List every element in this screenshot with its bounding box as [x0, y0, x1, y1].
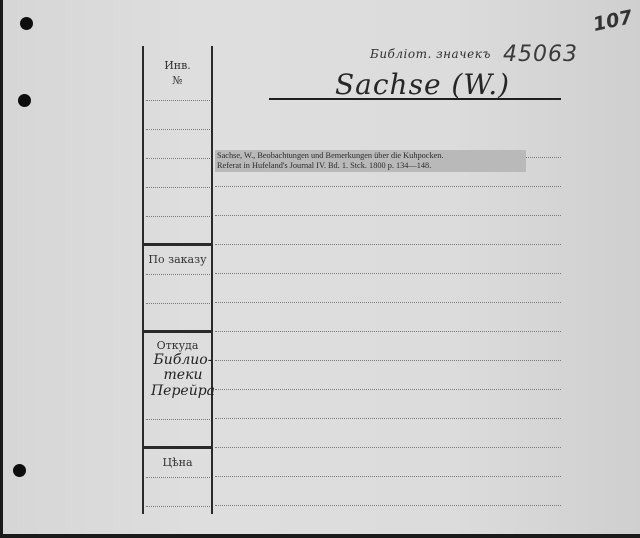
- author-underline: [269, 98, 561, 100]
- clipping-line-1: Sachse, W., Beobachtungen und Bemerkunge…: [217, 151, 524, 161]
- ruled-line: [215, 418, 561, 419]
- punch-hole: [20, 17, 33, 30]
- page-number: 107: [591, 6, 634, 36]
- ruled-line: [146, 129, 210, 130]
- ruled-line: [146, 419, 210, 420]
- ruled-line: [215, 389, 561, 390]
- ruled-line: [146, 216, 210, 217]
- punch-hole: [13, 464, 26, 477]
- ruled-line: [215, 186, 561, 187]
- left-column-border: [142, 46, 144, 514]
- ruled-line: [215, 447, 561, 448]
- ruled-line: [146, 506, 210, 507]
- source-handwritten-3: Перейра: [146, 383, 220, 399]
- ruled-line: [146, 274, 210, 275]
- order-label: По заказу: [144, 253, 211, 266]
- ruled-line: [146, 100, 210, 101]
- source-handwritten-1: Библио-: [146, 352, 220, 368]
- catalog-card: 107 Инв. № По заказу Откуда Библио- теки…: [3, 0, 640, 534]
- bibliographic-clipping: Sachse, W., Beobachtungen und Bemerkunge…: [215, 150, 526, 172]
- ruled-line: [215, 505, 561, 506]
- ruled-line: [215, 360, 561, 361]
- ruled-line: [215, 273, 561, 274]
- column-divider: [211, 46, 213, 514]
- ruled-line: [146, 303, 210, 304]
- inventory-label-text: Инв.: [144, 58, 211, 73]
- section-divider: [144, 446, 211, 449]
- ruled-line: [215, 302, 561, 303]
- author-handwritten: Sachse (W.): [335, 68, 510, 101]
- call-number-label: Библіот. значекъ: [370, 47, 491, 61]
- call-number-value: 45063: [503, 42, 578, 67]
- ruled-line: [215, 244, 561, 245]
- ruled-line: [215, 476, 561, 477]
- clipping-line-2: Referat in Hufeland's Journal IV. Bd. 1.…: [217, 161, 524, 171]
- ruled-line: [146, 187, 210, 188]
- source-handwritten-2: теки: [146, 367, 220, 383]
- ruled-line: [215, 331, 561, 332]
- ruled-line: [215, 215, 561, 216]
- inventory-label: Инв. №: [144, 58, 211, 88]
- section-divider: [144, 243, 211, 246]
- ruled-line: [526, 157, 561, 158]
- ruled-line: [146, 477, 210, 478]
- number-sign: №: [144, 73, 211, 88]
- ruled-line: [146, 158, 210, 159]
- section-divider: [144, 330, 211, 333]
- source-label: Откуда: [144, 339, 211, 352]
- price-label: Цѣна: [144, 456, 211, 469]
- punch-hole: [18, 94, 31, 107]
